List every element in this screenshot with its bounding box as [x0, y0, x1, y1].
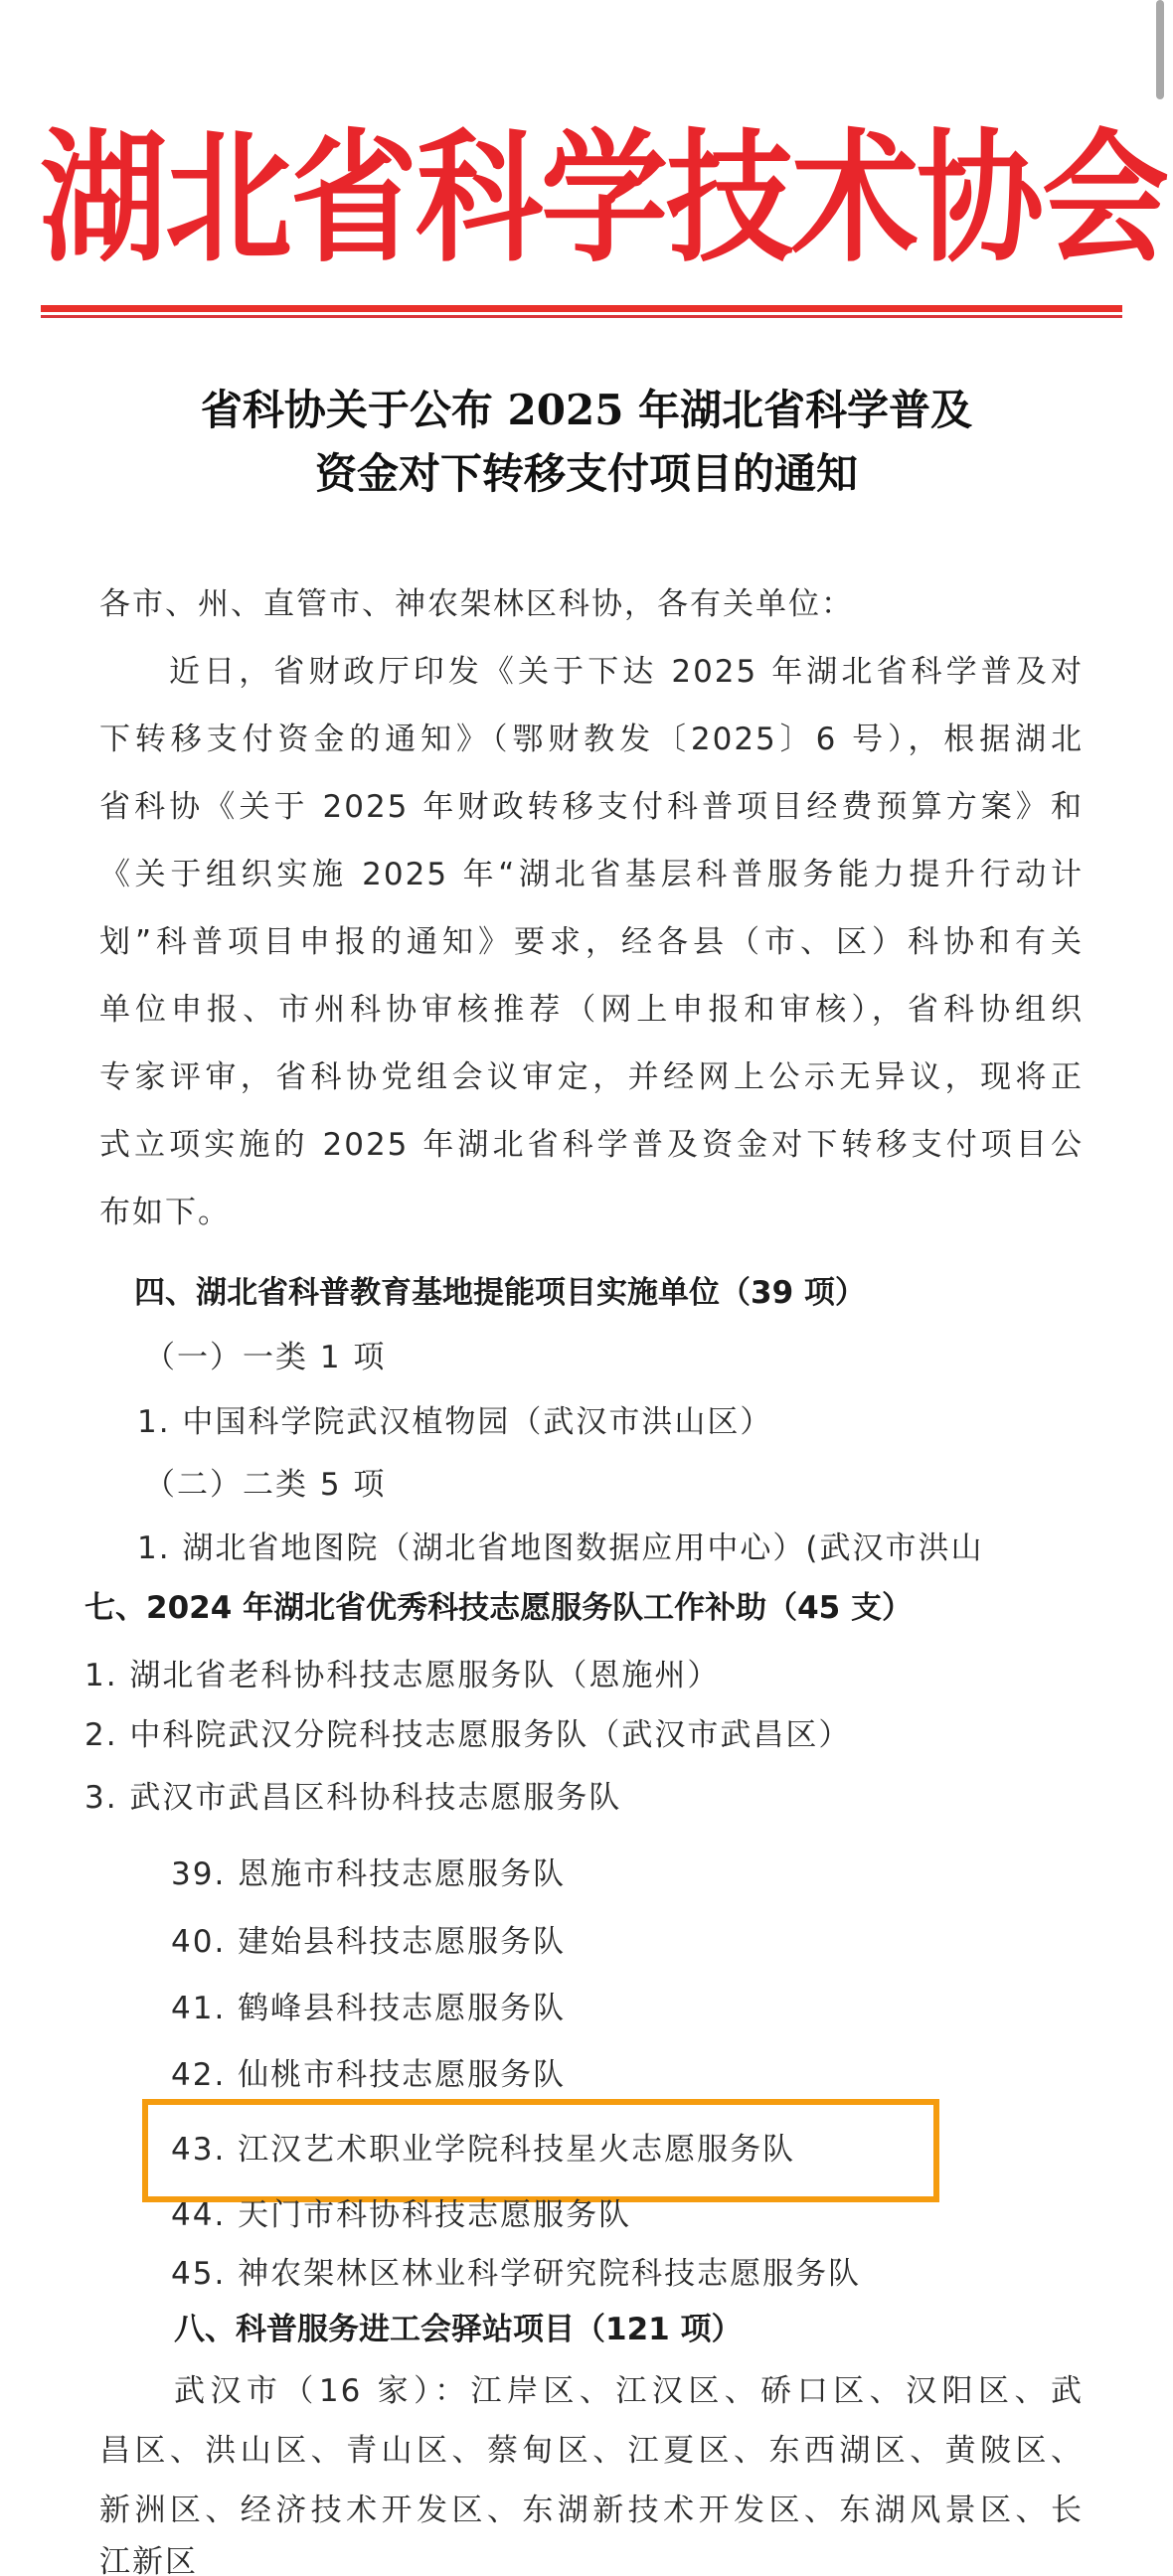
list-item: 3. 武汉市武昌区科协科技志愿服务队	[84, 1772, 621, 1817]
section-4-subheading-2: （二）二类 5 项	[144, 1459, 386, 1504]
body-line: 布如下。	[99, 1187, 231, 1231]
list-item: 39. 恩施市科技志愿服务队	[171, 1849, 566, 1893]
list-item: 1. 中国科学院武汉植物园（武汉市洪山区）	[137, 1396, 772, 1441]
section-4-heading: 四、湖北省科普教育基地提能项目实施单位（39 项）	[134, 1267, 866, 1312]
list-item: 1. 湖北省老科协科技志愿服务队（恩施州）	[84, 1650, 720, 1694]
section-8-line: 昌区、洪山区、青山区、蔡甸区、江夏区、东西湖区、黄陂区、	[99, 2425, 1084, 2470]
body-line: 划”科普项目申报的通知》要求，经各县（市、区）科协和有关	[99, 916, 1084, 961]
document-title-line-1: 省科协关于公布 2025 年湖北省科学普及	[0, 378, 1173, 437]
section-8-heading: 八、科普服务进工会驿站项目（121 项）	[174, 2304, 743, 2348]
list-item: 42. 仙桃市科技志愿服务队	[171, 2049, 566, 2094]
scrollbar-thumb[interactable]	[1156, 0, 1164, 99]
body-line: 式立项实施的 2025 年湖北省科学普及资金对下转移支付项目公	[99, 1119, 1084, 1164]
section-8-line: 武汉市（16 家）：江岸区、江汉区、硚口区、汉阳区、武	[174, 2365, 1084, 2410]
document-title-line-2: 资金对下转移支付项目的通知	[0, 441, 1173, 501]
list-item: 45. 神农架林区林业科学研究院科技志愿服务队	[171, 2248, 861, 2293]
list-item: 44. 天门市科协科技志愿服务队	[171, 2189, 631, 2234]
list-item: 2. 中科院武汉分院科技志愿服务队（武汉市武昌区）	[84, 1709, 851, 1754]
body-line: 专家评审，省科协党组会议审定，并经网上公示无异议，现将正	[99, 1051, 1084, 1096]
list-item: 41. 鹤峰县科技志愿服务队	[171, 1983, 566, 2027]
body-line: 省科协《关于 2025 年财政转移支付科普项目经费预算方案》和	[99, 781, 1084, 826]
section-4-subheading-1: （一）一类 1 项	[144, 1332, 386, 1376]
masthead-org-name: 湖北省科学技术协会	[40, 109, 1133, 287]
list-item: 1. 湖北省地图院（湖北省地图数据应用中心）(武汉市洪山	[137, 1523, 984, 1567]
body-line: 近日，省财政厅印发《关于下达 2025 年湖北省科学普及对	[169, 646, 1084, 691]
salutation: 各市、州、直管市、神农架林区科协，各有关单位：	[99, 578, 854, 623]
masthead-red-rule-thick	[41, 305, 1122, 312]
body-line: 《关于组织实施 2025 年“湖北省基层科普服务能力提升行动计	[99, 849, 1084, 893]
list-item-highlighted: 43. 江汉艺术职业学院科技星火志愿服务队	[171, 2124, 795, 2169]
section-7-heading: 七、2024 年湖北省优秀科技志愿服务队工作补助（45 支）	[84, 1582, 913, 1627]
list-item: 40. 建始县科技志愿服务队	[171, 1916, 566, 1961]
body-line: 单位申报、市州科协审核推荐（网上申报和审核），省科协组织	[99, 984, 1084, 1029]
section-8-line: 新洲区、经济技术开发区、东湖新技术开发区、东湖风景区、长	[99, 2485, 1084, 2529]
body-line: 下转移支付资金的通知》（鄂财教发〔2025〕6 号），根据湖北	[99, 714, 1084, 758]
section-8-line: 江新区	[99, 2536, 198, 2576]
masthead-red-rule-thin	[41, 315, 1122, 318]
